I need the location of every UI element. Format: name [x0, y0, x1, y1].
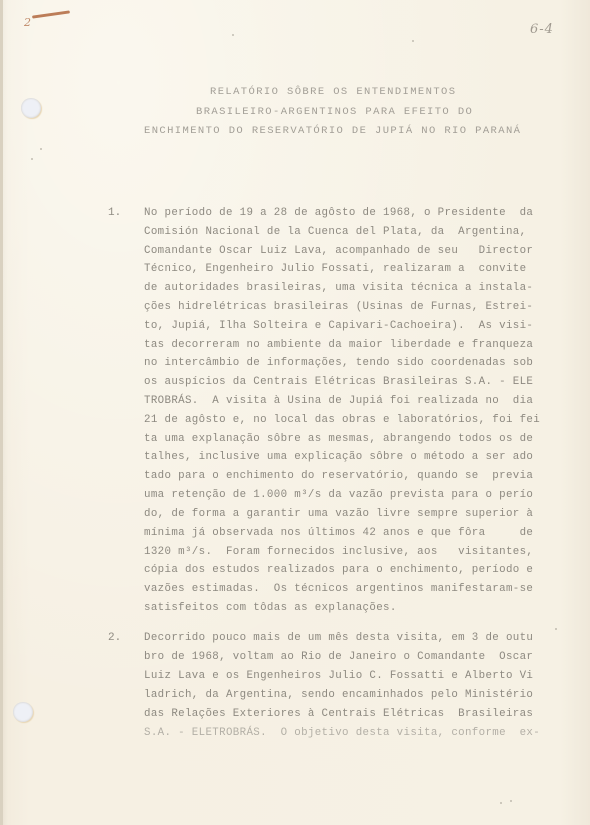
paragraph-1-line: tas decorreram no ambiente da maior libe…	[144, 339, 574, 351]
paragraph-1-line: Comandante Oscar Luiz Lava, acompanhado …	[144, 245, 574, 257]
paragraph-1-line: No período de 19 a 28 de agôsto de 1968,…	[144, 207, 574, 219]
paragraph-1-line: do, de forma a garantir uma vazão livre …	[144, 508, 574, 520]
paragraph-2-line: bro de 1968, voltam ao Rio de Janeiro o …	[144, 651, 574, 663]
paragraph-1-line: Comisión Nacional de la Cuenca del Plata…	[144, 226, 574, 238]
paragraph-2-line: das Relações Exteriores à Centrais Elétr…	[144, 708, 574, 720]
paragraph-2-line: ladrich, da Argentina, sendo encaminhado…	[144, 689, 574, 701]
paper-speck	[31, 158, 33, 160]
paragraph-1-line: ta uma explanação sôbre as mesmas, abran…	[144, 433, 574, 445]
paper-speck	[500, 802, 502, 804]
paragraph-1-line: 1320 m³/s. Foram fornecidos inclusive, a…	[144, 546, 574, 558]
punch-hole-top	[21, 98, 41, 118]
paper-speck	[412, 40, 414, 42]
title-line-1: RELATÓRIO SÔBRE OS ENTENDIMENTOS	[210, 86, 456, 98]
paragraph-1-line: satisfeitos com tôdas as explanações.	[144, 602, 574, 614]
paragraph-1-line: uma retenção de 1.000 m³/s da vazão prev…	[144, 489, 574, 501]
punch-hole-bottom	[13, 702, 33, 722]
paper-speck	[232, 34, 234, 36]
paper-speck	[40, 148, 42, 150]
staple-rust-mark	[32, 10, 70, 18]
page-left-edge	[0, 0, 3, 825]
paragraph-1-line: vazões estimadas. Os técnicos argentinos…	[144, 583, 574, 595]
paper-speck	[555, 628, 557, 630]
paragraph-1-line: to, Jupiá, Ilha Solteira e Capivari-Cach…	[144, 320, 574, 332]
paragraph-1-line: de autoridades brasileiras, uma visita t…	[144, 282, 574, 294]
paragraph-1-line: os auspícios da Centrais Elétricas Brasi…	[144, 376, 574, 388]
corner-scribble: 2	[24, 16, 31, 29]
paragraph-1-line: mínima já observada nos últimos 42 anos …	[144, 527, 574, 539]
paragraph-number: 2.	[108, 632, 121, 644]
paragraph-1-line: Técnico, Engenheiro Julio Fossati, reali…	[144, 263, 574, 275]
paragraph-1-line: 21 de agôsto e, no local das obras e lab…	[144, 414, 574, 426]
handwritten-page-number: 6-4	[530, 22, 554, 37]
title-line-2: BRASILEIRO-ARGENTINOS PARA EFEITO DO	[196, 106, 473, 118]
paragraph-1-line: tado para o enchimento do reservatório, …	[144, 470, 574, 482]
paragraph-1-line: talhes, inclusive uma explicação sôbre o…	[144, 451, 574, 463]
paragraph-1-line: ções hidrelétricas brasileiras (Usinas d…	[144, 301, 574, 313]
paragraph-1-line: TROBRÁS. A visita à Usina de Jupiá foi r…	[144, 395, 574, 407]
paper-speck	[510, 800, 512, 802]
paragraph-2-line: S.A. - ELETROBRÁS. O objetivo desta visi…	[144, 727, 574, 739]
title-line-3: ENCHIMENTO DO RESERVATÓRIO DE JUPIÁ NO R…	[144, 125, 521, 137]
paragraph-1-line: cópia dos estudos realizados para o ench…	[144, 564, 574, 576]
scanned-document-page: 2 6-4 RELATÓRIO SÔBRE OS ENTENDIMENTOS B…	[0, 0, 590, 825]
paragraph-1-line: no intercâmbio de informações, tendo sid…	[144, 357, 574, 369]
paragraph-2-line: Decorrido pouco mais de um mês desta vis…	[144, 632, 574, 644]
paragraph-number: 1.	[108, 207, 121, 219]
paragraph-2-line: Luiz Lava e os Engenheiros Julio C. Foss…	[144, 670, 574, 682]
